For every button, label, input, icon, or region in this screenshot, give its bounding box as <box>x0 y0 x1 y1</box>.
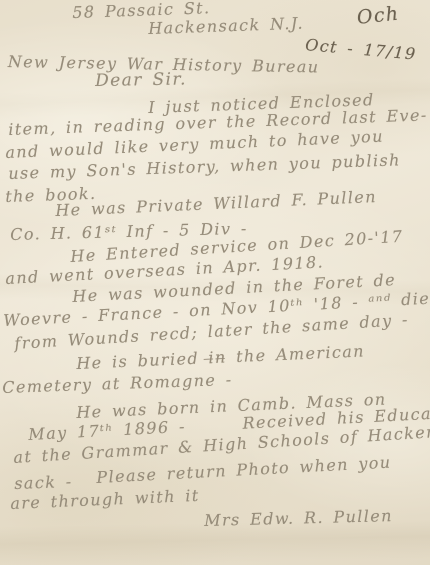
letter-page: 58 Passaic St. Hackensack N.J. Och Oct -… <box>0 0 430 565</box>
body-line: He is buried i̶n̶ the American <box>76 343 365 372</box>
clerk-mark: Och <box>356 5 400 28</box>
body-line: Please return Photo when you <box>96 455 392 486</box>
body-line: He was Private Willard F. Pullen <box>55 189 377 219</box>
salutation: Dear Sir. <box>95 71 187 90</box>
date-line: Oct - 17/19 <box>305 37 418 63</box>
address-line-2: Hackensack N.J. <box>148 16 304 37</box>
signature-line: Mrs Edw. R. Pullen <box>204 508 393 529</box>
body-line: sack - <box>14 474 73 492</box>
body-line: Cemetery at Romagne - <box>2 372 233 396</box>
